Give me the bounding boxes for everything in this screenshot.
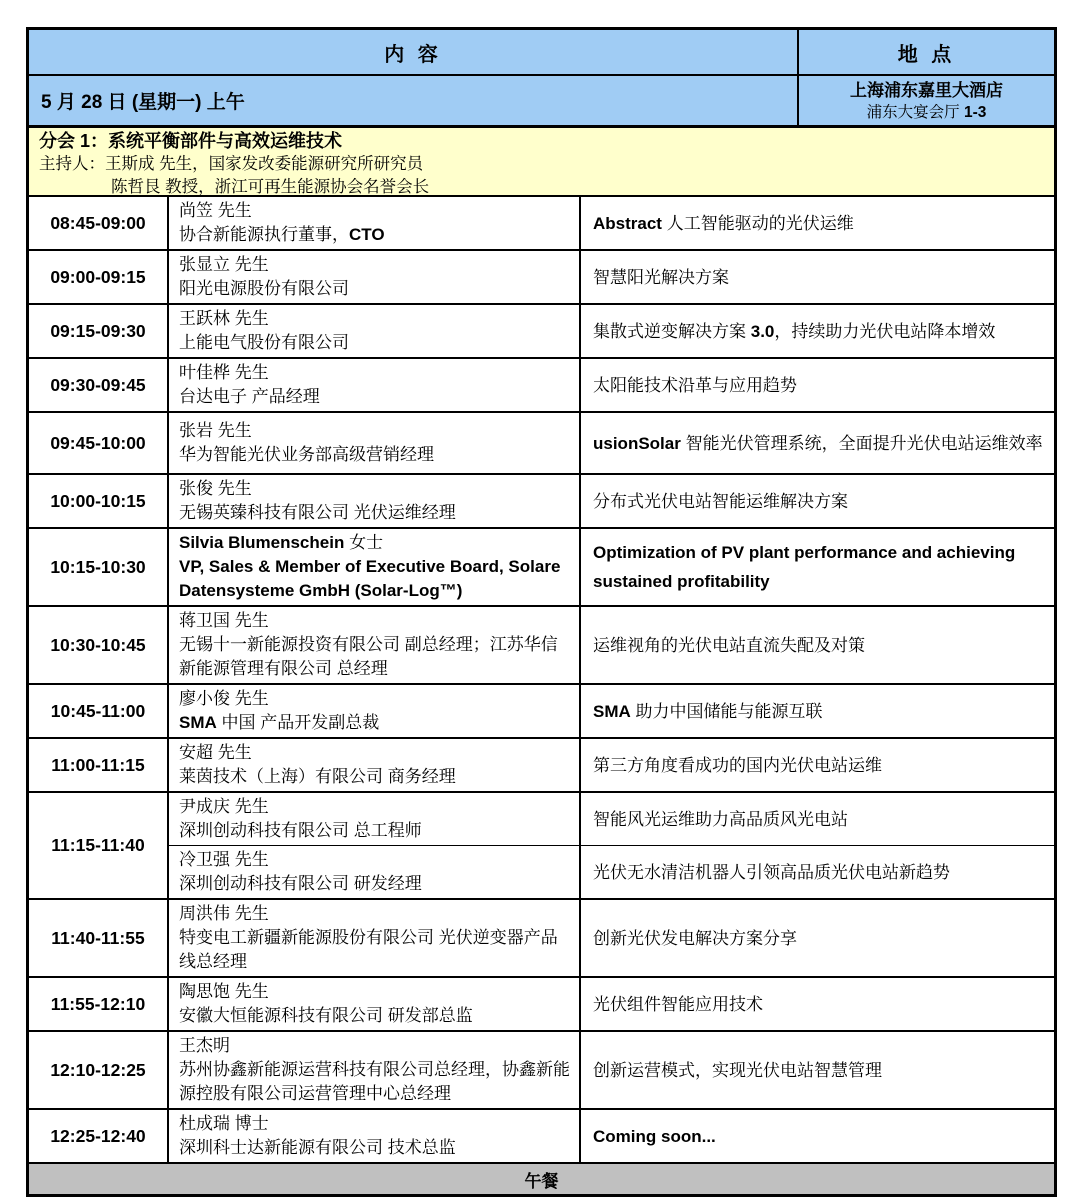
speaker-name: 王跃林 先生: [179, 307, 571, 331]
speaker-title: 安徽大恒能源科技有限公司 研发部总监: [179, 1004, 571, 1028]
topic-text: 创新运营模式，实现光伏电站智慧管理: [593, 1056, 1044, 1085]
session-chair-line-1: 主持人：王斯成 先生，国家发改委能源研究所研究员: [39, 153, 1044, 176]
topic-cell: 太阳能技术沿革与应用趋势: [581, 359, 1054, 411]
merged-sub-rows: 尹成庆 先生 深圳创动科技有限公司 总工程师 智能风光运维助力高品质风光电站 冷…: [169, 793, 1054, 898]
topic-text: 运维视角的光伏电站直流失配及对策: [593, 631, 1044, 660]
topic-text: Optimization of PV plant performance and…: [593, 538, 1044, 596]
speaker-cell: 周洪伟 先生 特变电工新疆新能源股份有限公司 光伏逆变器产品线总经理: [169, 900, 581, 976]
topic-text: Abstract 人工智能驱动的光伏运维: [593, 209, 1044, 238]
venue-hall: 浦东大宴会厅 1-3: [867, 102, 987, 123]
content-header-cell: 内 容: [29, 30, 799, 74]
talk-row: 09:00-09:15 张显立 先生 阳光电源股份有限公司 智慧阳光解决方案: [29, 249, 1054, 303]
talk-sub-row: 尹成庆 先生 深圳创动科技有限公司 总工程师 智能风光运维助力高品质风光电站: [169, 793, 1054, 845]
topic-text: usionSolar 智能光伏管理系统，全面提升光伏电站运维效率: [593, 429, 1044, 458]
talk-row: 11:00-11:15 安超 先生 莱茵技术（上海）有限公司 商务经理 第三方角…: [29, 737, 1054, 791]
agenda-sheet: 内 容 地 点 5 月 28 日 (星期一) 上午 上海浦东嘉里大酒店 浦东大宴…: [26, 27, 1057, 1197]
speaker-title: 深圳创动科技有限公司 总工程师: [179, 819, 571, 843]
time-cell: 10:00-10:15: [29, 475, 169, 527]
talk-row: 09:15-09:30 王跃林 先生 上能电气股份有限公司 集散式逆变解决方案 …: [29, 303, 1054, 357]
session-header: 分会 1：系统平衡部件与高效运维技术 主持人：王斯成 先生，国家发改委能源研究所…: [29, 125, 1054, 195]
venue-cell: 上海浦东嘉里大酒店 浦东大宴会厅 1-3: [799, 76, 1054, 125]
speaker-title: 上能电气股份有限公司: [179, 331, 571, 355]
talk-row: 10:00-10:15 张俊 先生 无锡英臻科技有限公司 光伏运维经理 分布式光…: [29, 473, 1054, 527]
time-cell: 09:00-09:15: [29, 251, 169, 303]
talk-sub-row: 冷卫强 先生 深圳创动科技有限公司 研发经理 光伏无水清洁机器人引领高品质光伏电…: [169, 845, 1054, 898]
time-cell: 10:30-10:45: [29, 607, 169, 683]
table-header-row: 内 容 地 点: [29, 30, 1054, 74]
topic-text: 太阳能技术沿革与应用趋势: [593, 371, 1044, 400]
topic-cell: 创新光伏发电解决方案分享: [581, 900, 1054, 976]
topic-text: SMA 助力中国储能与能源互联: [593, 697, 1044, 726]
speaker-title: 无锡英臻科技有限公司 光伏运维经理: [179, 501, 571, 525]
time-cell: 11:15-11:40: [29, 793, 169, 898]
speaker-name: Silvia Blumenschein 女士: [179, 531, 571, 555]
speaker-cell: Silvia Blumenschein 女士 VP, Sales & Membe…: [169, 529, 581, 605]
speaker-title: 深圳创动科技有限公司 研发经理: [179, 872, 571, 896]
speaker-cell: 杜成瑞 博士 深圳科士达新能源有限公司 技术总监: [169, 1110, 581, 1162]
speaker-name: 周洪伟 先生: [179, 902, 571, 926]
talk-row: 10:30-10:45 蒋卫国 先生 无锡十一新能源投资有限公司 副总经理；江苏…: [29, 605, 1054, 683]
session-chair-line-2: 陈哲艮 教授，浙江可再生能源协会名誉会长: [39, 176, 1044, 195]
schedule-table: 内 容 地 点 5 月 28 日 (星期一) 上午 上海浦东嘉里大酒店 浦东大宴…: [26, 27, 1057, 1197]
speaker-cell: 王跃林 先生 上能电气股份有限公司: [169, 305, 581, 357]
location-header-cell: 地 点: [799, 30, 1054, 74]
topic-text: 创新光伏发电解决方案分享: [593, 924, 1044, 953]
speaker-cell: 安超 先生 莱茵技术（上海）有限公司 商务经理: [169, 739, 581, 791]
time-cell: 12:25-12:40: [29, 1110, 169, 1162]
speaker-cell: 尹成庆 先生 深圳创动科技有限公司 总工程师: [169, 793, 581, 845]
speaker-cell: 冷卫强 先生 深圳创动科技有限公司 研发经理: [169, 846, 581, 898]
speaker-title: 无锡十一新能源投资有限公司 副总经理；江苏华信新能源管理有限公司 总经理: [179, 633, 571, 681]
speaker-name: 王杰明: [179, 1034, 571, 1058]
speaker-cell: 张俊 先生 无锡英臻科技有限公司 光伏运维经理: [169, 475, 581, 527]
speaker-title: SMA 中国 产品开发副总裁: [179, 711, 571, 735]
speaker-cell: 廖小俊 先生 SMA 中国 产品开发副总裁: [169, 685, 581, 737]
topic-cell: usionSolar 智能光伏管理系统，全面提升光伏电站运维效率: [581, 413, 1054, 473]
time-cell: 09:15-09:30: [29, 305, 169, 357]
talk-row: 10:45-11:00 廖小俊 先生 SMA 中国 产品开发副总裁 SMA 助力…: [29, 683, 1054, 737]
speaker-title: 华为智能光伏业务部高级营销经理: [179, 443, 571, 467]
venue-name: 上海浦东嘉里大酒店: [850, 79, 1003, 102]
speaker-title: 苏州协鑫新能源运营科技有限公司总经理，协鑫新能源控股有限公司运营管理中心总经理: [179, 1058, 571, 1106]
topic-text: 智慧阳光解决方案: [593, 263, 1044, 292]
speaker-title: 特变电工新疆新能源股份有限公司 光伏逆变器产品线总经理: [179, 926, 571, 974]
speaker-name: 冷卫强 先生: [179, 848, 571, 872]
speaker-name: 尚笠 先生: [179, 199, 571, 223]
time-cell: 08:45-09:00: [29, 197, 169, 249]
speaker-cell: 王杰明 苏州协鑫新能源运营科技有限公司总经理，协鑫新能源控股有限公司运营管理中心…: [169, 1032, 581, 1108]
topic-text: 分布式光伏电站智能运维解决方案: [593, 487, 1044, 516]
time-cell: 11:55-12:10: [29, 978, 169, 1030]
speaker-name: 陶思饱 先生: [179, 980, 571, 1004]
speaker-title: 莱茵技术（上海）有限公司 商务经理: [179, 765, 571, 789]
date-row: 5 月 28 日 (星期一) 上午 上海浦东嘉里大酒店 浦东大宴会厅 1-3: [29, 74, 1054, 125]
talk-row: 11:40-11:55 周洪伟 先生 特变电工新疆新能源股份有限公司 光伏逆变器…: [29, 898, 1054, 976]
topic-cell: 第三方角度看成功的国内光伏电站运维: [581, 739, 1054, 791]
speaker-title: VP, Sales & Member of Executive Board, S…: [179, 555, 571, 603]
speaker-cell: 蒋卫国 先生 无锡十一新能源投资有限公司 副总经理；江苏华信新能源管理有限公司 …: [169, 607, 581, 683]
topic-cell: Coming soon...: [581, 1110, 1054, 1162]
talk-row: 10:15-10:30 Silvia Blumenschein 女士 VP, S…: [29, 527, 1054, 605]
speaker-name: 张岩 先生: [179, 419, 571, 443]
date-cell: 5 月 28 日 (星期一) 上午: [29, 76, 799, 125]
speaker-cell: 尚笠 先生 协合新能源执行董事，CTO: [169, 197, 581, 249]
time-cell: 11:40-11:55: [29, 900, 169, 976]
speaker-title: 台达电子 产品经理: [179, 385, 571, 409]
talk-row-merged: 11:15-11:40 尹成庆 先生 深圳创动科技有限公司 总工程师 智能风光运…: [29, 791, 1054, 898]
topic-text: 第三方角度看成功的国内光伏电站运维: [593, 751, 1044, 780]
speaker-cell: 张岩 先生 华为智能光伏业务部高级营销经理: [169, 413, 581, 473]
speaker-cell: 张显立 先生 阳光电源股份有限公司: [169, 251, 581, 303]
talk-row: 12:25-12:40 杜成瑞 博士 深圳科士达新能源有限公司 技术总监 Com…: [29, 1108, 1054, 1162]
speaker-title: 协合新能源执行董事，CTO: [179, 223, 571, 247]
topic-cell: 创新运营模式，实现光伏电站智慧管理: [581, 1032, 1054, 1108]
topic-text: 集散式逆变解决方案 3.0，持续助力光伏电站降本增效: [593, 317, 1044, 346]
topic-cell: SMA 助力中国储能与能源互联: [581, 685, 1054, 737]
speaker-title: 阳光电源股份有限公司: [179, 277, 571, 301]
speaker-title: 深圳科士达新能源有限公司 技术总监: [179, 1136, 571, 1160]
time-cell: 09:30-09:45: [29, 359, 169, 411]
topic-cell: Optimization of PV plant performance and…: [581, 529, 1054, 605]
topic-text: 光伏组件智能应用技术: [593, 990, 1044, 1019]
speaker-name: 蒋卫国 先生: [179, 609, 571, 633]
speaker-cell: 陶思饱 先生 安徽大恒能源科技有限公司 研发部总监: [169, 978, 581, 1030]
talk-row: 12:10-12:25 王杰明 苏州协鑫新能源运营科技有限公司总经理，协鑫新能源…: [29, 1030, 1054, 1108]
talk-row: 09:45-10:00 张岩 先生 华为智能光伏业务部高级营销经理 usionS…: [29, 411, 1054, 473]
topic-text: 智能风光运维助力高品质风光电站: [593, 805, 1044, 834]
talk-row: 08:45-09:00 尚笠 先生 协合新能源执行董事，CTO Abstract…: [29, 195, 1054, 249]
time-cell: 11:00-11:15: [29, 739, 169, 791]
time-cell: 10:45-11:00: [29, 685, 169, 737]
speaker-cell: 叶佳桦 先生 台达电子 产品经理: [169, 359, 581, 411]
topic-cell: 集散式逆变解决方案 3.0，持续助力光伏电站降本增效: [581, 305, 1054, 357]
speaker-name: 张俊 先生: [179, 477, 571, 501]
speaker-name: 尹成庆 先生: [179, 795, 571, 819]
talk-row: 11:55-12:10 陶思饱 先生 安徽大恒能源科技有限公司 研发部总监 光伏…: [29, 976, 1054, 1030]
topic-cell: Abstract 人工智能驱动的光伏运维: [581, 197, 1054, 249]
topic-cell: 智慧阳光解决方案: [581, 251, 1054, 303]
speaker-name: 张显立 先生: [179, 253, 571, 277]
talk-row: 09:30-09:45 叶佳桦 先生 台达电子 产品经理 太阳能技术沿革与应用趋…: [29, 357, 1054, 411]
lunch-label: 午餐: [525, 1167, 559, 1192]
topic-cell: 智能风光运维助力高品质风光电站: [581, 793, 1054, 845]
time-cell: 10:15-10:30: [29, 529, 169, 605]
topic-cell: 分布式光伏电站智能运维解决方案: [581, 475, 1054, 527]
topic-cell: 运维视角的光伏电站直流失配及对策: [581, 607, 1054, 683]
time-cell: 12:10-12:25: [29, 1032, 169, 1108]
lunch-row: 午餐: [29, 1162, 1054, 1194]
session-title: 分会 1：系统平衡部件与高效运维技术: [39, 129, 1044, 153]
speaker-name: 叶佳桦 先生: [179, 361, 571, 385]
topic-cell: 光伏组件智能应用技术: [581, 978, 1054, 1030]
time-cell: 09:45-10:00: [29, 413, 169, 473]
topic-cell: 光伏无水清洁机器人引领高品质光伏电站新趋势: [581, 846, 1054, 898]
speaker-name: 廖小俊 先生: [179, 687, 571, 711]
speaker-name: 杜成瑞 博士: [179, 1112, 571, 1136]
speaker-name: 安超 先生: [179, 741, 571, 765]
topic-text: 光伏无水清洁机器人引领高品质光伏电站新趋势: [593, 858, 1044, 887]
topic-text: Coming soon...: [593, 1122, 1044, 1151]
